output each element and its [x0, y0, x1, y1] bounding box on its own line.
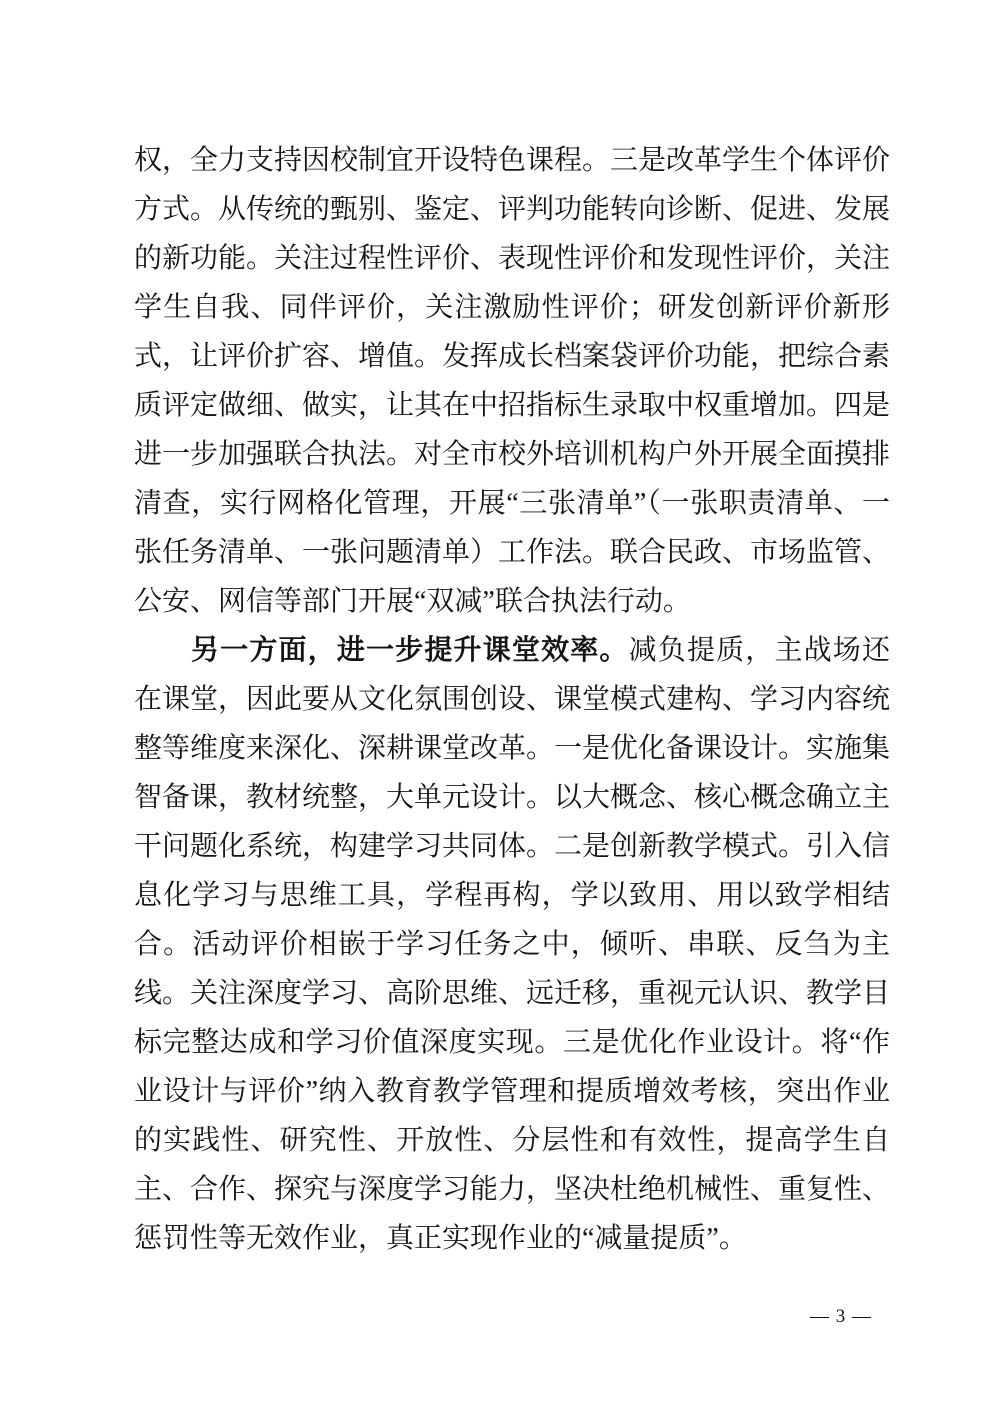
paragraph-second-aspect: 另一方面，进一步提升课堂效率。减负提质，主战场还在课堂，因此要从文化氛围创设、课…: [134, 626, 890, 1263]
paragraph-continuation: 权，全力支持因校制宜开设特色课程。三是改革学生个体评价方式。从传统的甄别、鉴定、…: [134, 136, 890, 626]
document-page: 权，全力支持因校制宜开设特色课程。三是改革学生个体评价方式。从传统的甄别、鉴定、…: [0, 0, 1000, 1414]
paragraph-second-aspect-lead: 另一方面，进一步提升课堂效率。: [191, 635, 629, 666]
document-body: 权，全力支持因校制宜开设特色课程。三是改革学生个体评价方式。从传统的甄别、鉴定、…: [134, 136, 890, 1263]
paragraph-continuation-text: 权，全力支持因校制宜开设特色课程。三是改革学生个体评价方式。从传统的甄别、鉴定、…: [134, 145, 890, 617]
page-number: — 3 —: [806, 1303, 876, 1331]
paragraph-second-aspect-text: 减负提质，主战场还在课堂，因此要从文化氛围创设、课堂模式建构、学习内容统整等维度…: [134, 635, 890, 1254]
